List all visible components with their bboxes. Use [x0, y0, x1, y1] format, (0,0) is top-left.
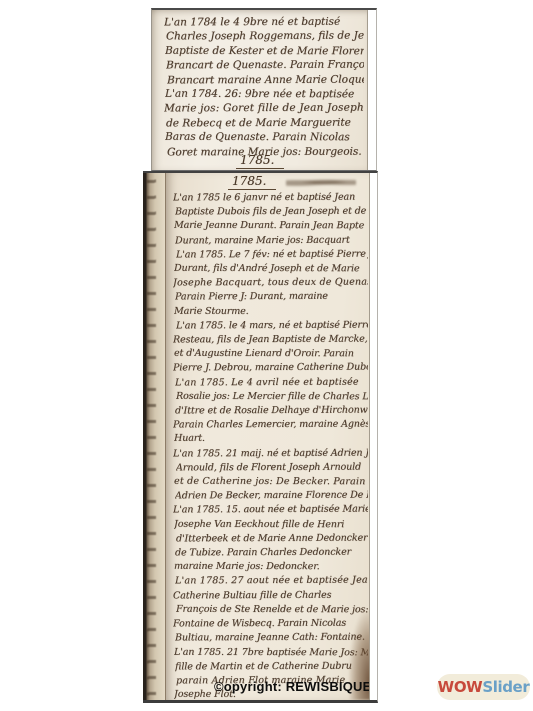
manuscript-text-top: L'an 1784 le 4 9bre né et baptiséCharles… [164, 15, 364, 159]
manuscript-text-bottom: L'an 1785 le 6 janvr né et baptisé JeanB… [173, 191, 368, 700]
manuscript-line: L'an 1785 le 6 janvr né et baptisé Jean [173, 191, 368, 206]
manuscript-line: L'an 1784 le 4 9bre né et baptisé [164, 15, 364, 30]
manuscript-line: Fontaine de Wisbecq. Parain Nicolas [173, 617, 368, 632]
wowslider-wow-text: WOW [438, 678, 483, 696]
manuscript-line: Adrien De Becker, maraine Florence De Be… [175, 489, 368, 504]
manuscript-line: L'an 1785. le 4 mars, né et baptisé Pier… [176, 318, 368, 333]
manuscript-line: Parain Charles Lemercier, maraine Agnès [173, 418, 368, 433]
manuscript-line: Bultiau, maraine Jeanne Cath: Fontaine. [175, 631, 368, 646]
manuscript-scan-top: L'an 1784 le 4 9bre né et baptiséCharles… [151, 8, 377, 171]
manuscript-paper-bottom: 1785. L'an 1785 le 6 janvr né et baptisé… [165, 173, 370, 700]
manuscript-line: Baptiste de Kester et de Marie Florence [165, 44, 364, 59]
wowslider-slider-text: Slider [482, 678, 529, 696]
manuscript-line: Catherine Bultiau fille de Charles [173, 588, 368, 603]
manuscript-line: Huart. [174, 432, 368, 447]
manuscript-line: Josephe Bacquart, tous deux de Quenaste. [173, 276, 368, 291]
ink-bleedthrough-marks [286, 177, 356, 187]
wowslider-watermark[interactable]: WOWSlider [437, 674, 530, 700]
manuscript-line: Brancart de Quenaste. Parain François [166, 58, 364, 73]
manuscript-line: Marie jos: Goret fille de Jean Joseph [164, 101, 364, 116]
manuscript-line: fille de Martin et de Catherine Dubru [175, 659, 368, 674]
manuscript-line: François de Ste Renelde et de Marie jos: [176, 603, 368, 618]
year-heading-footer: 1785. [236, 153, 284, 169]
manuscript-line: Josephe Van Eeckhout fille de Henri [174, 517, 368, 532]
manuscript-line: L'an 1784. 26: 9bre née et baptisée [165, 87, 364, 102]
manuscript-line: Baptiste Dubois fils de Jean Joseph et d… [175, 205, 368, 220]
manuscript-line: Baras de Quenaste. Parain Nicolas [165, 130, 364, 145]
manuscript-line: de Rebecq et de Marie Marguerite [166, 115, 364, 130]
manuscript-line: maraine Marie jos: Dedoncker. [174, 560, 368, 575]
year-heading: 1785. [228, 174, 276, 190]
manuscript-line: Parain Pierre J: Durant, maraine [175, 290, 368, 305]
page-binding-edge [143, 173, 165, 700]
manuscript-line: Charles Joseph Roggemans, fils de Jean [166, 29, 364, 44]
manuscript-line: L'an 1785. 15. aout née et baptisée Mari… [173, 503, 368, 518]
manuscript-paper-top: L'an 1784 le 4 9bre né et baptiséCharles… [152, 10, 368, 170]
manuscript-line: Pierre J. Debrou, maraine Catherine Dubo… [173, 361, 368, 376]
copyright-watermark: ©opyright: REWISBIQUE [214, 679, 370, 694]
manuscript-line: Arnould, fils de Florent Joseph Arnould [176, 460, 368, 475]
manuscript-line: Resteau, fils de Jean Baptiste de Marcke… [173, 333, 368, 348]
manuscript-line: Marie Jeanne Durant. Parain Jean Bapte [174, 219, 368, 234]
manuscript-line: L'an 1785. 27 aout née et baptisée Jeann… [175, 574, 368, 589]
manuscript-line: et de Catherine jos: De Becker. Parain [174, 475, 368, 490]
manuscript-line: L'an 1785. 21 7bre baptisée Marie Jos: M… [174, 645, 368, 660]
manuscript-line: Brancart maraine Anne Marie Cloquet [167, 72, 364, 87]
manuscript-line: d'Ittre et de Rosalie Delhaye d'Hirchonw… [175, 404, 368, 419]
manuscript-line: et d'Augustine Lienard d'Oroir. Parain [174, 347, 368, 362]
manuscript-line: de Tubize. Parain Charles Dedoncker [175, 546, 368, 561]
manuscript-line: L'an 1785. Le 7 fév: né et baptisé Pierr… [176, 247, 368, 262]
manuscript-line: d'Itterbeek et de Marie Anne Dedoncker [176, 531, 368, 546]
manuscript-line: Rosalie jos: Le Mercier fille de Charles… [176, 390, 368, 405]
manuscript-line: Marie Stourme. [174, 304, 368, 319]
manuscript-line: Durant, fils d'André Joseph et de Marie [174, 262, 368, 277]
manuscript-line: Durant, maraine Marie jos: Bacquart [175, 233, 368, 248]
manuscript-line: L'an 1785. 21 maij. né et baptisé Adrien… [173, 446, 368, 461]
manuscript-line: L'an 1785. Le 4 avril née et baptisée [175, 375, 368, 390]
manuscript-scan-bottom: 1785. L'an 1785 le 6 janvr né et baptisé… [143, 171, 378, 703]
slider-viewport: L'an 1784 le 4 9bre né et baptiséCharles… [0, 0, 533, 711]
